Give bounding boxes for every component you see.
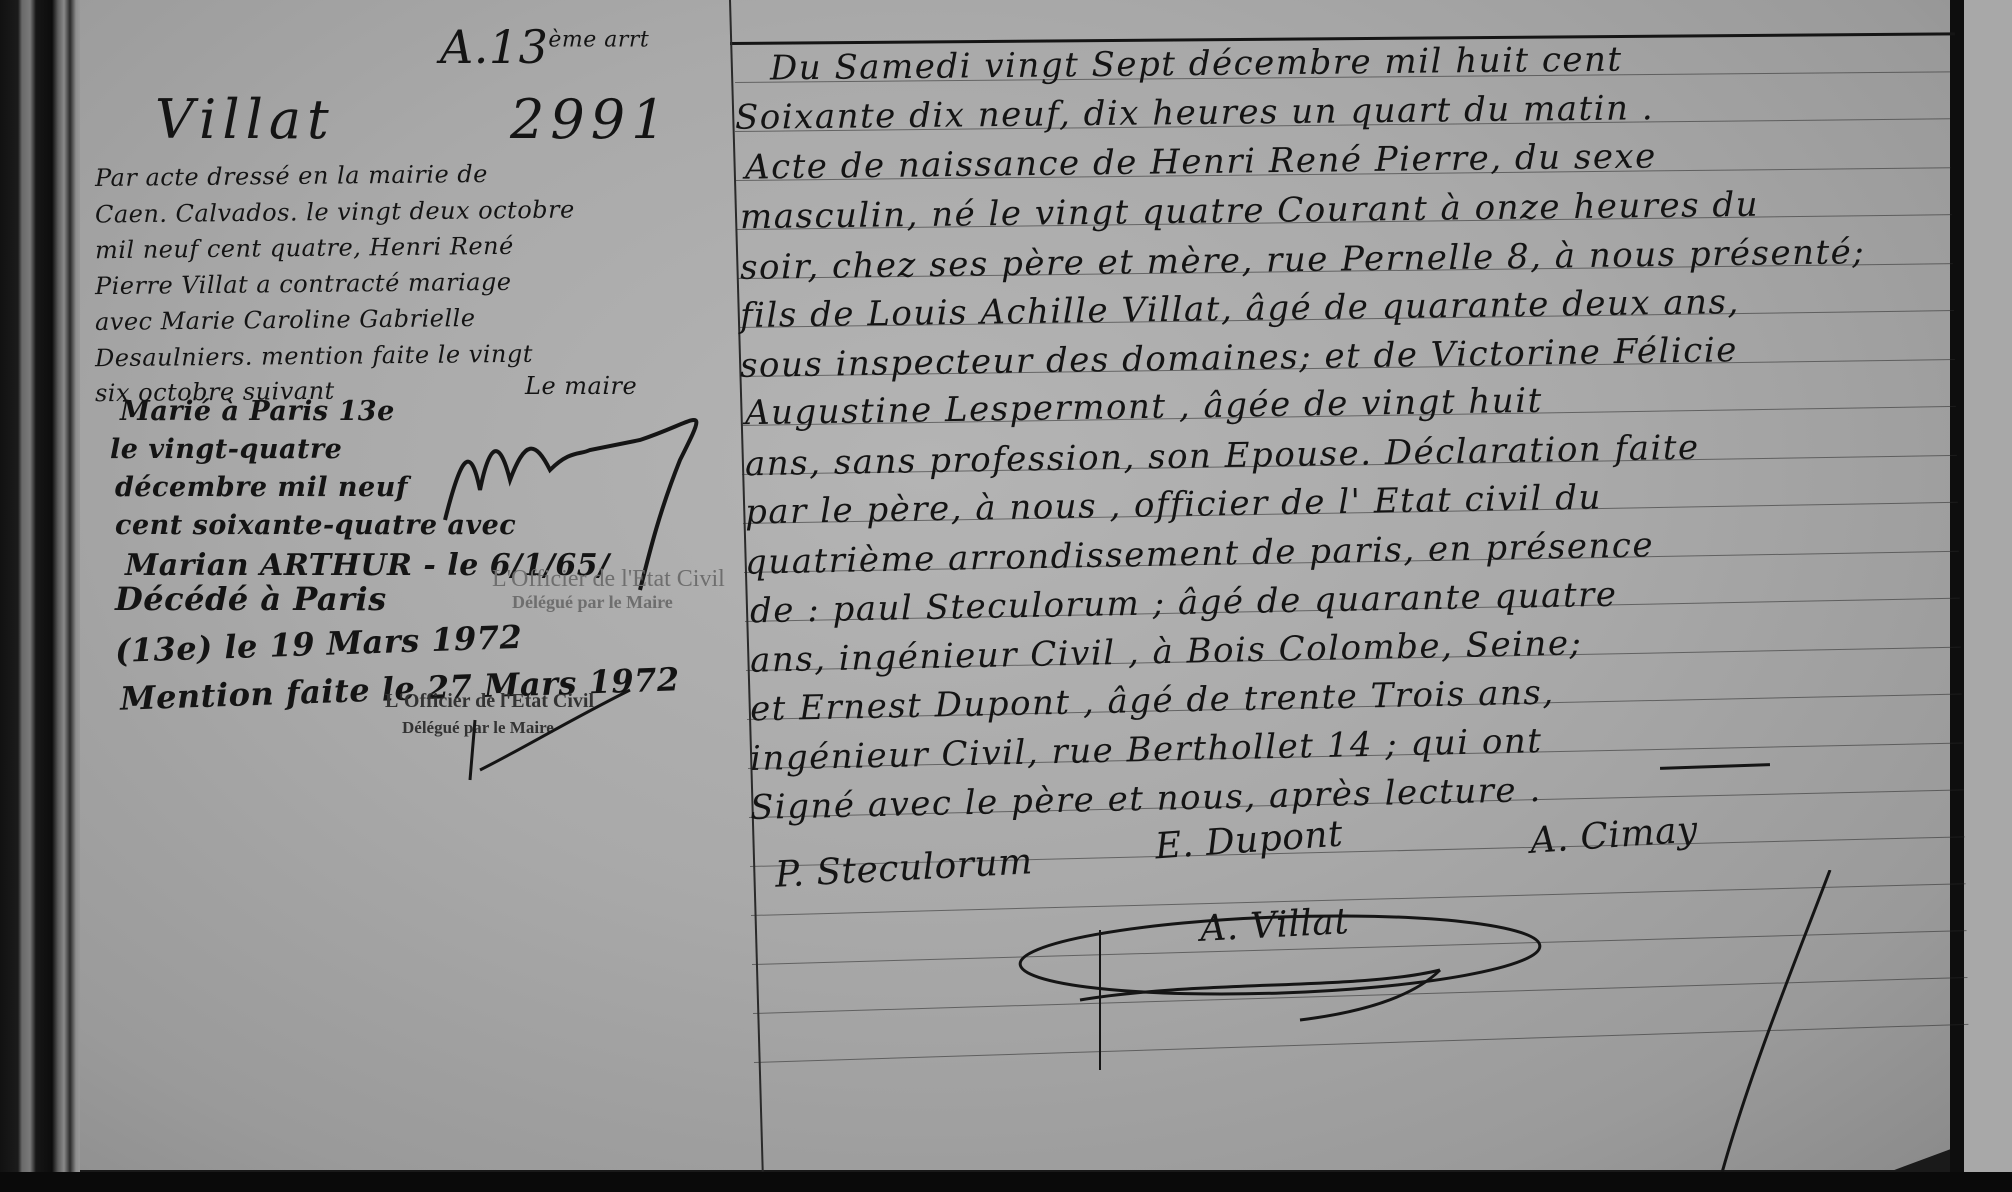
page-right-edge xyxy=(1950,0,2012,1192)
register-reference: A.13ème arrt xyxy=(440,20,649,74)
act-number: 2991 xyxy=(510,88,671,151)
death-mention-signature xyxy=(460,680,660,790)
faint-stamp-line-2: Délégué par le Maire xyxy=(512,592,673,613)
faint-stamp-line-1: L'Officier de l'Etat Civil xyxy=(492,566,725,593)
mayor-signature: Le maire xyxy=(525,372,637,400)
surname-heading: Villat xyxy=(155,88,335,151)
book-binding xyxy=(0,0,80,1192)
signature-flourishes xyxy=(1000,870,1850,1190)
page-bottom-shadow xyxy=(0,1172,2012,1192)
scanned-register-page: A.13ème arrt Villat 2991 Par acte dressé… xyxy=(0,0,2012,1192)
